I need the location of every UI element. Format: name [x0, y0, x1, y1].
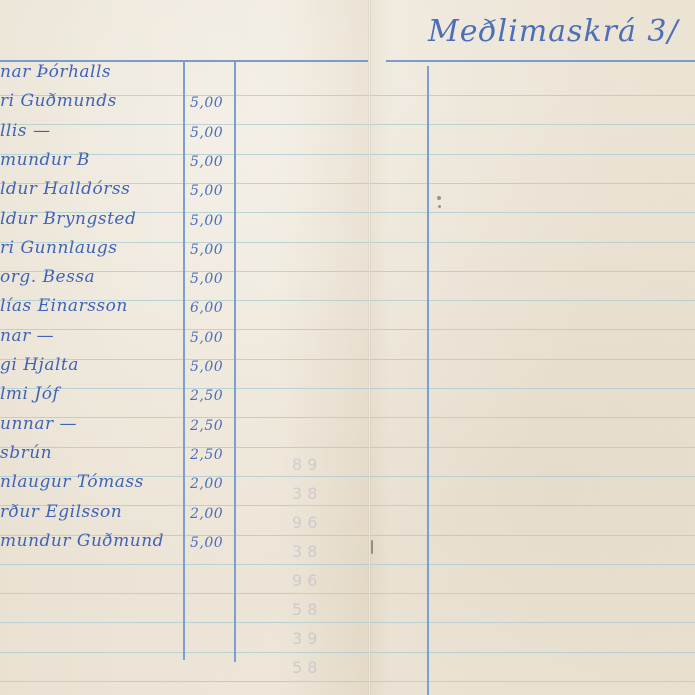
ruled-line — [0, 593, 695, 594]
entry-name: nlaugur Tómass — [0, 472, 144, 492]
entry-name: ldur Bryngsted — [0, 209, 136, 229]
ruled-line — [0, 622, 695, 623]
bleed-through-digits: 3 8 — [292, 542, 317, 561]
ruled-line — [0, 564, 695, 565]
bleed-through-digits: 3 8 — [292, 484, 317, 503]
entry-name: lías Einarsson — [0, 296, 128, 316]
bleed-through-digits: 3 9 — [292, 629, 317, 648]
entry-amount: 5,00 — [190, 359, 223, 375]
ruled-line — [0, 388, 695, 389]
ruled-line — [0, 271, 695, 272]
entry-amount: 5,00 — [190, 242, 223, 258]
entry-amount: 5,00 — [190, 125, 223, 141]
right-page-margin-line — [427, 66, 429, 695]
entry-amount: 2,50 — [190, 418, 223, 434]
entry-amount: 2,50 — [190, 388, 223, 404]
entry-amount: 6,00 — [190, 300, 223, 316]
entry-name: ldur Halldórss — [0, 179, 130, 199]
entry-amount: 2,00 — [190, 476, 223, 492]
entry-amount: 5,00 — [190, 183, 223, 199]
entry-amount: 5,00 — [190, 154, 223, 170]
entry-name: mundur B — [0, 150, 90, 170]
entry-name: nar Þórhalls — [0, 62, 111, 82]
ruled-line — [0, 652, 695, 653]
bleed-through-digits: 5 8 — [292, 600, 317, 619]
ink-spot — [438, 205, 441, 208]
entry-amount: 5,00 — [190, 330, 223, 346]
ruled-line — [0, 681, 695, 682]
ruled-line — [0, 447, 695, 448]
ruled-line — [0, 359, 695, 360]
entry-amount: 5,00 — [190, 271, 223, 287]
page-fold — [368, 0, 371, 695]
entry-amount: 5,00 — [190, 213, 223, 229]
ruled-line — [0, 329, 695, 330]
bleed-through-digits: 9 6 — [292, 571, 317, 590]
amount-column-right-border — [234, 62, 236, 662]
entry-name: unnar — — [0, 414, 77, 434]
entry-name: org. Bessa — [0, 267, 95, 287]
entry-amount: 2,00 — [190, 506, 223, 522]
entry-name: sbrún — [0, 443, 52, 463]
ink-spot — [437, 196, 441, 200]
entry-amount: 5,00 — [190, 535, 223, 551]
amount-column-left-border — [183, 60, 185, 660]
entry-name: lmi Jóf — [0, 384, 59, 404]
entry-name: rður Egilsson — [0, 502, 122, 522]
entry-name: ri Gunnlaugs — [0, 238, 118, 258]
fold-tear — [371, 540, 373, 554]
bleed-through-digits: 5 8 — [292, 658, 317, 677]
entry-name: nar — — [0, 326, 54, 346]
ruled-line — [0, 417, 695, 418]
ruled-line — [0, 154, 695, 155]
register-heading: Meðlimaskrá 3/ — [428, 14, 679, 49]
entry-amount: 5,00 — [190, 95, 223, 111]
entry-name: gi Hjalta — [0, 355, 79, 375]
entry-name: llis — — [0, 121, 50, 141]
bleed-through-digits: 9 6 — [292, 513, 317, 532]
entry-name: mundur Guðmund — [0, 531, 164, 551]
entry-amount: 2,50 — [190, 447, 223, 463]
entry-name: ri Guðmunds — [0, 91, 117, 111]
right-header-rule — [386, 60, 695, 62]
ruled-line — [0, 124, 695, 125]
bleed-through-digits: 8 9 — [292, 455, 317, 474]
